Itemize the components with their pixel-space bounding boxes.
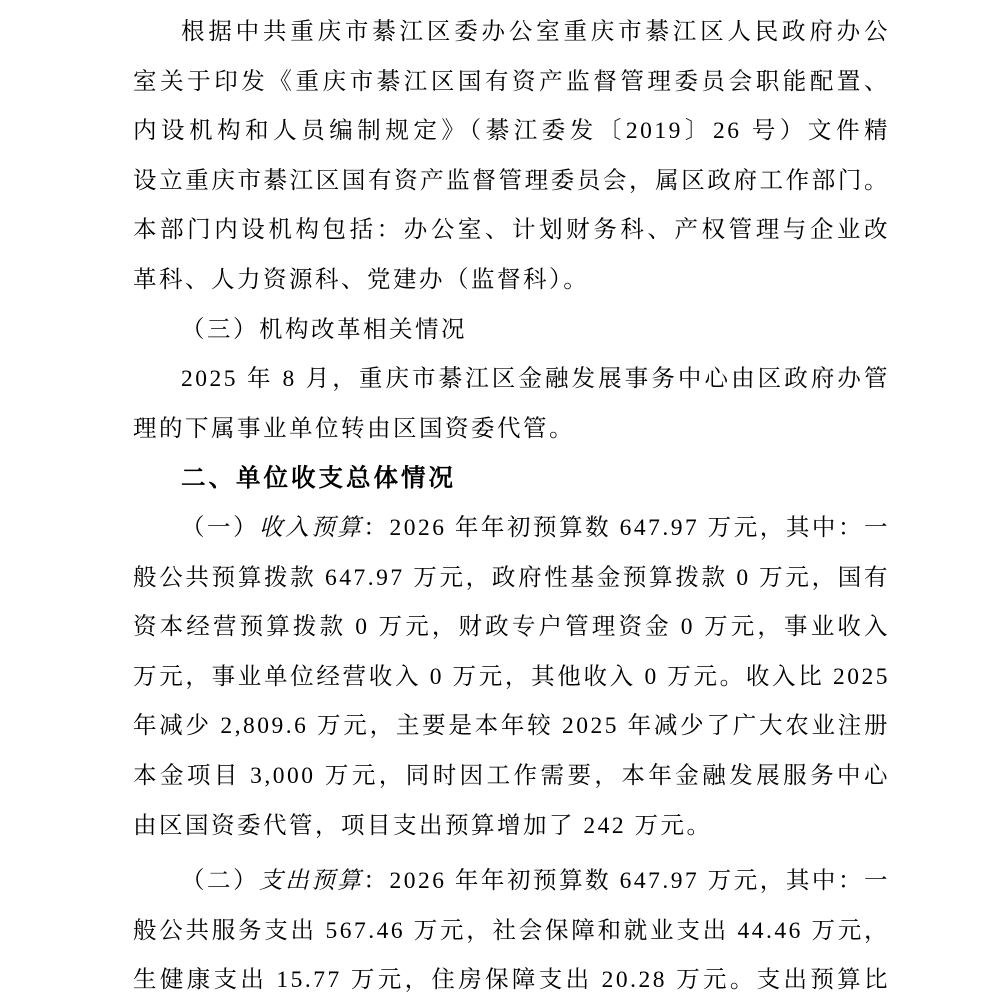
paragraph-reform-line: 2025 年 8 月，重庆市綦江区金融发展事务中心由区政府办管	[133, 355, 890, 405]
paragraph-income-budget-line: （一）收入预算：2026 年年初预算数 647.97 万元，其中：一	[133, 504, 890, 554]
subsection-heading-reform: （三）机构改革相关情况	[133, 306, 890, 356]
paragraph-reform-line: 理的下属事业单位转由区国资委代管。	[133, 405, 890, 455]
paragraph-income-budget-line: 年减少 2,809.6 万元，主要是本年较 2025 年减少了广大农业注册资	[133, 702, 890, 752]
paragraph-org-basis-line: 内设机构和人员编制规定》（綦江委发〔2019〕26 号）文件精神，	[133, 107, 890, 157]
paragraph-income-budget-line: 本金项目 3,000 万元，同时因工作需要，本年金融发展服务中心转	[133, 752, 890, 802]
paragraph-expense-budget-line: 般公共服务支出 567.46 万元，社会保障和就业支出 44.46 万元，卫	[133, 907, 890, 957]
paragraph-expense-budget-line: 生健康支出 15.77 万元，住房保障支出 20.28 万元。支出预算比	[133, 956, 890, 1003]
list-marker: （一）	[181, 515, 259, 541]
paragraph-income-budget-line: 资本经营预算拨款 0 万元，财政专户管理资金 0 万元，事业收入 0	[133, 603, 890, 653]
paragraph-expense-budget-line: （二）支出预算：2026 年年初预算数 647.97 万元，其中：一	[133, 857, 890, 907]
paragraph-income-budget-line: 般公共预算拨款 647.97 万元，政府性基金预算拨款 0 万元，国有	[133, 554, 890, 604]
list-marker: （二）	[181, 868, 259, 894]
paragraph-income-budget-line: 万元，事业单位经营收入 0 万元，其他收入 0 万元。收入比 2025	[133, 653, 890, 703]
paragraph-text: ：2026 年年初预算数 647.97 万元，其中：一	[363, 515, 890, 541]
paragraph-org-basis-line: 室关于印发《重庆市綦江区国有资产监督管理委员会职能配置、	[133, 58, 890, 108]
emphasis-income-budget: 收入预算	[259, 515, 363, 541]
paragraph-org-basis-line: 根据中共重庆市綦江区委办公室重庆市綦江区人民政府办公	[133, 8, 890, 58]
paragraph-income-budget-line: 由区国资委代管，项目支出预算增加了 242 万元。	[133, 802, 890, 852]
paragraph-org-basis-line: 本部门内设机构包括：办公室、计划财务科、产权管理与企业改	[133, 206, 890, 256]
paragraph-text: ：2026 年年初预算数 647.97 万元，其中：一	[363, 868, 890, 894]
emphasis-expense-budget: 支出预算	[259, 868, 363, 894]
paragraph-org-basis-line: 设立重庆市綦江区国有资产监督管理委员会，属区政府工作部门。	[133, 157, 890, 207]
document-page: 根据中共重庆市綦江区委办公室重庆市綦江区人民政府办公 室关于印发《重庆市綦江区国…	[133, 8, 890, 1003]
section-heading-budget-overview: 二、单位收支总体情况	[133, 454, 890, 504]
paragraph-org-basis-line: 革科、人力资源科、党建办（监督科）。	[133, 256, 890, 306]
